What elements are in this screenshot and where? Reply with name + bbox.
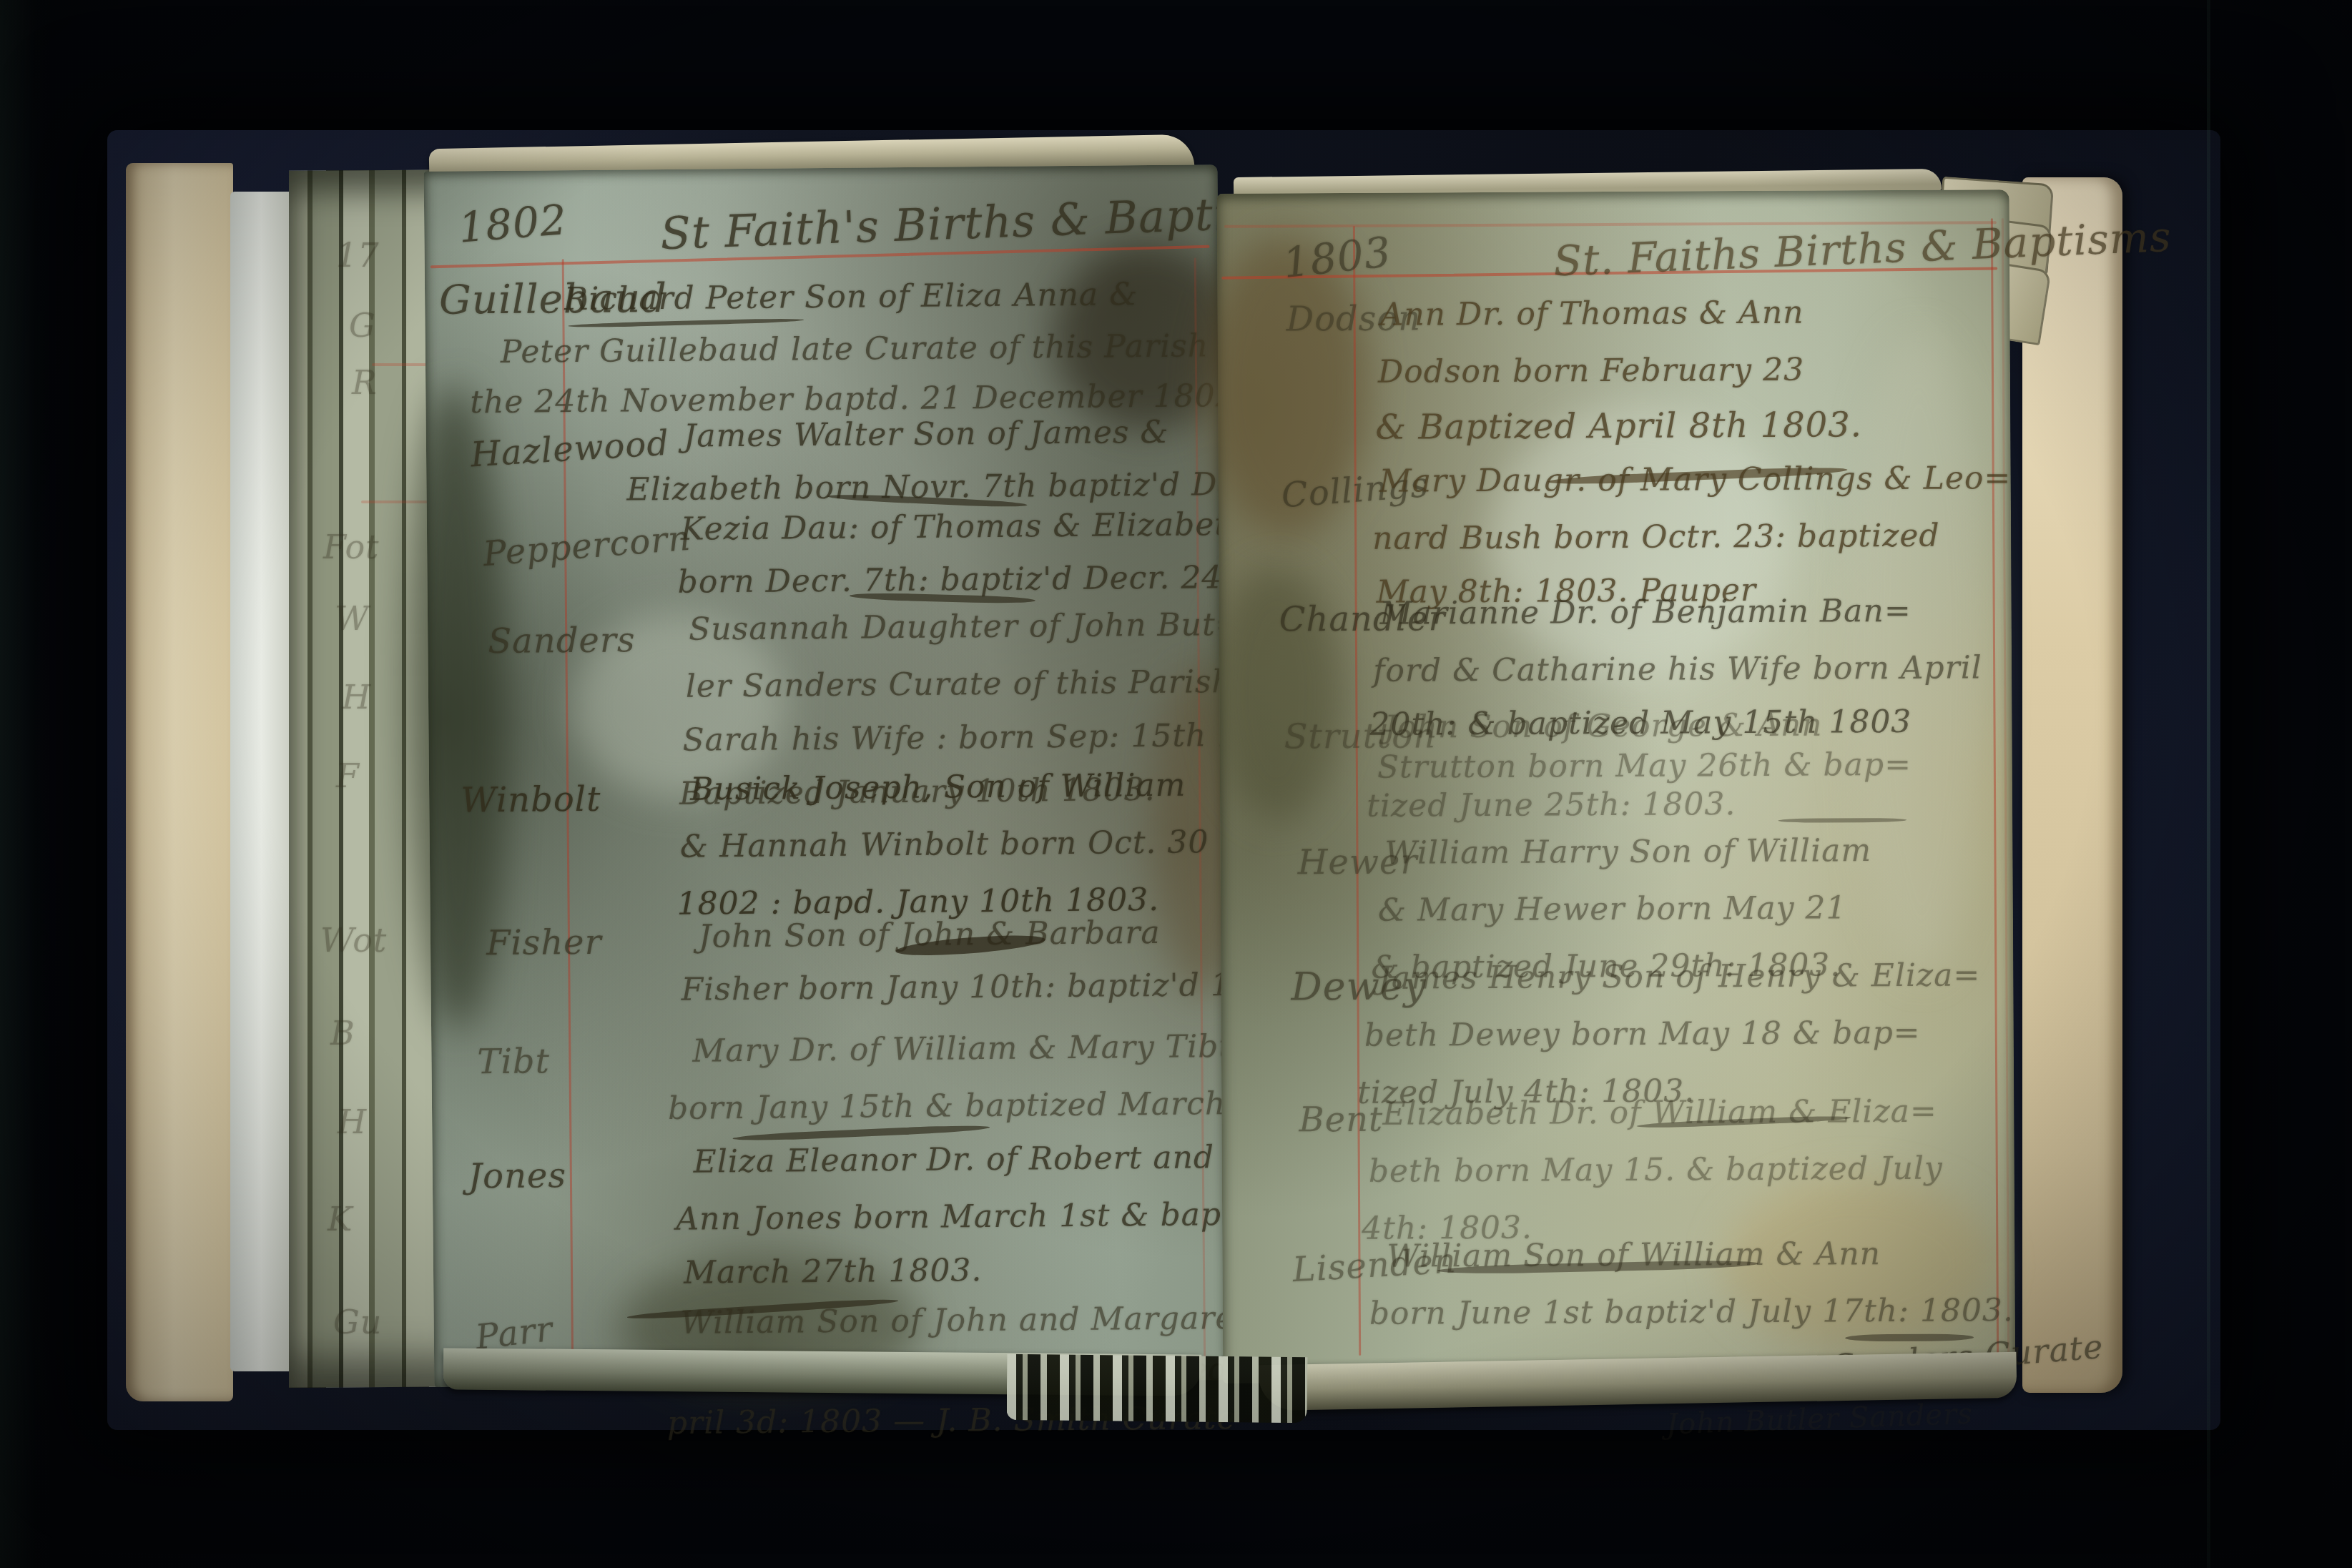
entry-line: Susannah Daughter of John But= — [689, 606, 1243, 648]
ruled-line-red — [1991, 218, 1999, 1355]
entry-line: tized June 25th: 1803. — [1367, 786, 1736, 824]
entry-line: March 27th 1803. — [684, 1252, 983, 1291]
register-photo: 17 G R Fot W H F Wot B H K Gu 1802 St Fa… — [0, 0, 2352, 1568]
entry-line: & Hannah Winbolt born Oct. 30 — [680, 824, 1209, 864]
entry-surname: Sanders — [488, 620, 636, 661]
entry-line: Kezia Dau: of Thomas & Elizabeth — [681, 506, 1249, 548]
entry-line: William Harry Son of William — [1384, 832, 1871, 872]
entry-surname: Winbolt — [461, 779, 601, 821]
entry-line: born June 1st baptiz'd July 17th: 1803. — [1369, 1292, 2014, 1332]
page-edge-fragment: F — [336, 756, 360, 795]
entry-line: John Son of George & Ann — [1384, 706, 1822, 745]
ruled-line-red — [2002, 218, 2009, 1355]
entry-line: Dodson born February 23 — [1378, 352, 1804, 390]
entry-line: James Henry Son of Henry & Eliza= — [1378, 957, 1980, 996]
left-page: 1802 St Faith's Births & Baptms Guilleba… — [424, 164, 1229, 1387]
entry-line: & Baptized April 8th 1803. — [1375, 405, 1862, 448]
entry-line: beth Dewey born May 18 & bap= — [1364, 1015, 1921, 1054]
entry-line: William Son of John and Margaret — [680, 1300, 1248, 1341]
entry-line: Elizabeth Dr. of William & Eliza= — [1382, 1093, 1937, 1133]
page-edge-fragment: Fot — [323, 528, 380, 566]
page-edge-fragment: 17 — [336, 236, 380, 275]
entry-surname: Bent — [1299, 1100, 1383, 1140]
entry-line: Fisher born Jany 10th: baptiz'd 1803 — [681, 966, 1294, 1007]
page-stack-left-edge — [126, 163, 233, 1401]
entry-surname: Fisher — [486, 922, 602, 963]
entry-surname: Tibt — [477, 1041, 550, 1082]
entry-line: Ann Jones born March 1st & bapt — [676, 1196, 1235, 1238]
glass-edge-line — [2207, 0, 2210, 1568]
page-edge-fragment: K — [328, 1200, 353, 1238]
year-label: 1803 — [1281, 227, 1394, 287]
page-edge-fragment: H — [342, 678, 371, 716]
ruled-line-red — [1194, 257, 1206, 1359]
entry-surname: Peppercorn — [481, 518, 692, 575]
right-page: 1803 St. Faiths Births & Baptisms Dodson… — [1217, 189, 2016, 1384]
entry-line: Mary Daugr. of Mary Collings & Leo= — [1379, 460, 2012, 500]
entry-line: Marianne Dr. of Benjamin Ban= — [1380, 593, 1911, 632]
page-edge-fragment: Wot — [320, 921, 387, 960]
entry-line: beth born May 15. & baptized July — [1369, 1150, 1943, 1190]
entry-line: ler Sanders Curate of this Parish & — [686, 664, 1273, 705]
entry-line: & Mary Hewer born May 21 — [1378, 889, 1847, 928]
entry-line: James Walter Son of James & — [684, 414, 1169, 455]
entry-line: Richard Peter Son of Eliza Anna & — [564, 276, 1138, 317]
ink-stroke — [1778, 818, 1906, 823]
year-label: 1802 — [457, 195, 569, 252]
page-edge-fragment: B — [330, 1014, 355, 1052]
entry-line: Eliza Eleanor Dr. of Robert and — [693, 1139, 1214, 1180]
ruled-line-red — [1353, 226, 1361, 1356]
ink-stroke — [732, 1124, 990, 1143]
page-stack-right-edge — [2022, 177, 2122, 1393]
glass-reflection-left — [0, 0, 50, 1568]
page-edge-fragment: Gu — [333, 1303, 382, 1341]
entry-line: Mary Dr. of William & Mary Tibt — [692, 1028, 1232, 1070]
page-edge-fragment: G — [349, 306, 376, 345]
page-edges-comb — [1007, 1354, 1308, 1423]
entry-line: Ann Dr. of Thomas & Ann — [1380, 295, 1804, 333]
entry-line: Busick Joseph, Son of William — [690, 767, 1186, 808]
entry-surname: Hazlewood — [470, 423, 671, 475]
entry-line: William Son of William & Ann — [1387, 1236, 1881, 1275]
entry-line: ford & Catharine his Wife born April — [1373, 649, 1982, 689]
page-edge-fragment: H — [338, 1103, 367, 1141]
entry-line: nard Bush born Octr. 23: baptized — [1372, 518, 1940, 557]
page-title: St Faith's Births & Baptms — [659, 186, 1280, 260]
entry-line: Strutton born May 26th & bap= — [1377, 746, 1911, 786]
page-edge-fragment: R — [352, 363, 378, 402]
page-edge-fragment: W — [335, 599, 369, 638]
entry-line: Peter Guillebaud late Curate of this Par… — [501, 327, 1319, 370]
entry-surname: Jones — [468, 1155, 567, 1196]
